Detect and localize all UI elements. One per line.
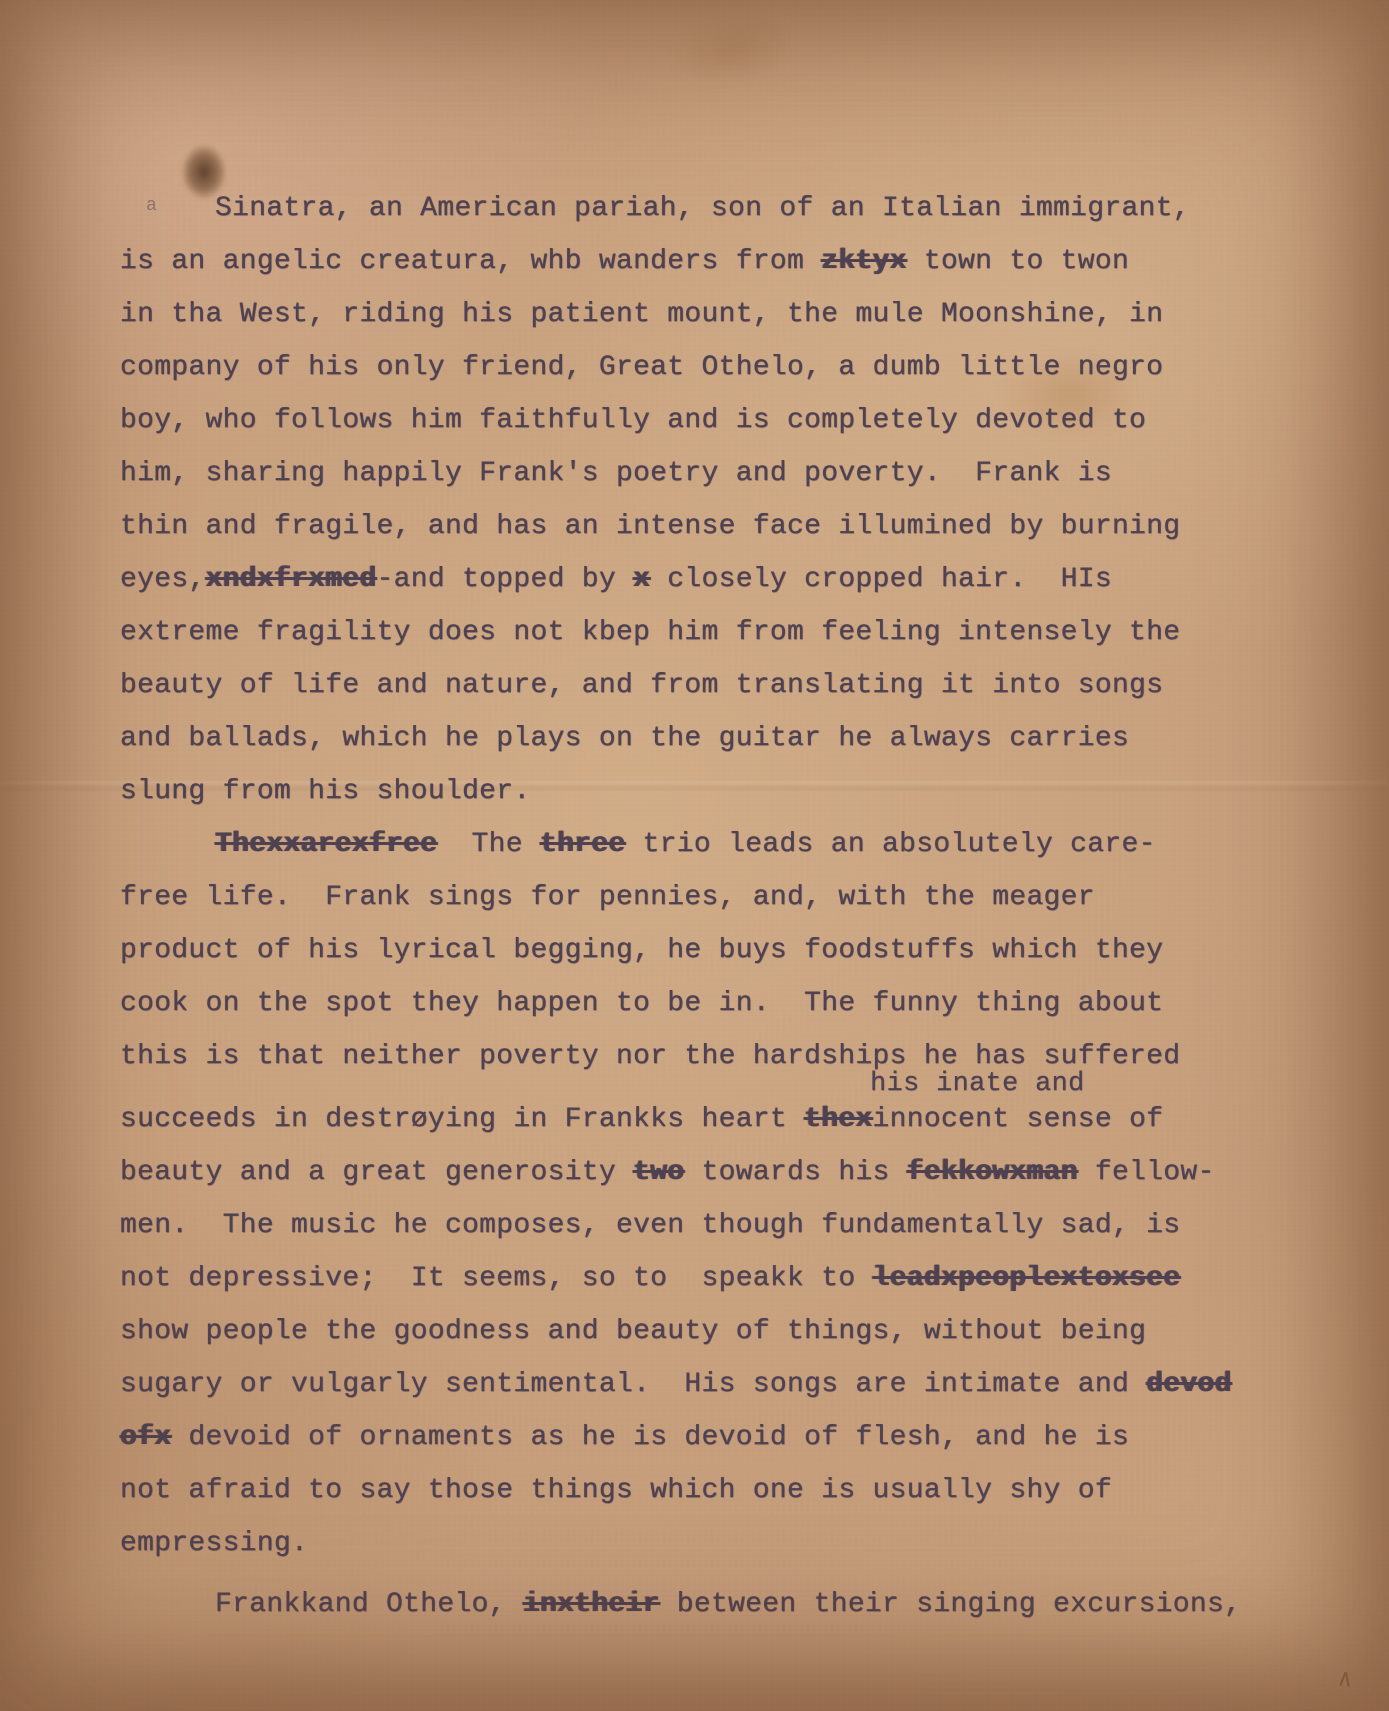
text-segment: this is that neither poverty nor the har…: [120, 1041, 1180, 1072]
struck-text: two: [633, 1157, 684, 1188]
text-line: extreme fragility does not kbep him from…: [0, 616, 1389, 669]
struck-text: thex: [804, 1104, 872, 1135]
text-segment: and ballads, which he plays on the guita…: [120, 723, 1129, 754]
text-line: men. The music he composes, even though …: [0, 1209, 1389, 1262]
struck-text: x: [633, 564, 650, 595]
text-segment: men. The music he composes, even though …: [120, 1210, 1180, 1241]
text-segment: between their singing excursions,: [660, 1589, 1242, 1620]
text-segment: -and topped by: [377, 564, 634, 595]
text-line: in tha West, riding his patient mount, t…: [0, 298, 1389, 351]
struck-text: fekkowxman: [907, 1157, 1078, 1188]
text-line: company of his only friend, Great Othelo…: [0, 351, 1389, 404]
text-segment: closely cropped hair. HIs: [650, 564, 1112, 595]
text-segment: in tha West, riding his patient mount, t…: [120, 299, 1163, 330]
text-line: and ballads, which he plays on the guita…: [0, 722, 1389, 775]
text-segment: slung from his shoulder.: [120, 776, 530, 807]
text-line: slung from his shoulder.: [0, 775, 1389, 828]
text-line: beauty and a great generosity two toward…: [0, 1156, 1389, 1209]
text-segment: town to twon: [907, 246, 1129, 277]
fingerprint-smudge: [662, 1, 804, 96]
text-segment: not afraid to say those things which one…: [120, 1475, 1112, 1506]
struck-text: inxtheir: [523, 1589, 660, 1620]
text-line: Sinatra, an American pariah, son of an I…: [0, 192, 1389, 245]
text-segment: product of his lyrical begging, he buys …: [120, 935, 1163, 966]
struck-text: xndxfrxmed: [206, 564, 377, 595]
text-segment: Frankkand Othelo,: [215, 1589, 523, 1620]
text-line: succeeds in destrøying in Frankks heart …: [0, 1103, 1389, 1156]
text-line: him, sharing happily Frank's poetry and …: [0, 457, 1389, 510]
text-line: Frankkand Othelo, inxtheir between their…: [0, 1588, 1389, 1641]
text-segment: empressing.: [120, 1528, 308, 1559]
text-segment: him, sharing happily Frank's poetry and …: [120, 458, 1112, 489]
text-segment: free life. Frank sings for pennies, and,…: [120, 882, 1095, 913]
interlinear-insertion: his inate and: [870, 1069, 1085, 1099]
text-line: show people the goodness and beauty of t…: [0, 1315, 1389, 1368]
text-line: cook on the spot they happen to be in. T…: [0, 987, 1389, 1040]
text-line: boy, who follows him faithfully and is c…: [0, 404, 1389, 457]
text-segment: beauty and a great generosity: [120, 1157, 633, 1188]
text-line: this is that neither poverty nor the har…: [0, 1040, 1389, 1093]
text-segment: devoid of ornaments as he is devoid of f…: [171, 1422, 1129, 1453]
struck-text: three: [540, 829, 626, 860]
text-line: empressing.: [0, 1527, 1389, 1580]
struck-text: leadxpeoplextoxsee: [873, 1263, 1181, 1294]
text-segment: is an angelic creatura, whb wanders from: [120, 246, 821, 277]
text-line: not afraid to say those things which one…: [0, 1474, 1389, 1527]
text-line: ofx devoid of ornaments as he is devoid …: [0, 1421, 1389, 1474]
text-segment: sugary or vulgarly sentimental. His song…: [120, 1369, 1146, 1400]
text-line: thin and fragile, and has an intense fac…: [0, 510, 1389, 563]
text-segment: not depressive; It seems, so to speakk t…: [120, 1263, 873, 1294]
text-segment: fellow-: [1078, 1157, 1215, 1188]
text-segment: trio leads an absolutely care-: [625, 829, 1155, 860]
text-line: product of his lyrical begging, he buys …: [0, 934, 1389, 987]
text-segment: company of his only friend, Great Othelo…: [120, 352, 1163, 383]
typewritten-text: Sinatra, an American pariah, son of an I…: [0, 192, 1389, 1641]
struck-text: devod: [1146, 1369, 1232, 1400]
text-segment: cook on the spot they happen to be in. T…: [120, 988, 1163, 1019]
text-segment: succeeds in destrøying in Frankks heart: [120, 1104, 804, 1135]
text-line: free life. Frank sings for pennies, and,…: [0, 881, 1389, 934]
pencil-caret-mark: ∧: [1336, 1663, 1354, 1694]
text-segment: show people the goodness and beauty of t…: [120, 1316, 1146, 1347]
struck-text: ofx: [120, 1422, 171, 1453]
text-segment: extreme fragility does not kbep him from…: [120, 617, 1180, 648]
text-line: Thexxarexfree The three trio leads an ab…: [0, 828, 1389, 881]
text-segment: towards his: [684, 1157, 906, 1188]
text-segment: Sinatra, an American pariah, son of an I…: [215, 193, 1190, 224]
struck-text: Thexxarexfree: [215, 829, 437, 860]
text-segment: innocent sense of: [873, 1104, 1164, 1135]
struck-text: zktyx: [821, 246, 907, 277]
text-line: not depressive; It seems, so to speakk t…: [0, 1262, 1389, 1315]
text-line: is an angelic creatura, whb wanders from…: [0, 245, 1389, 298]
text-line: beauty of life and nature, and from tran…: [0, 669, 1389, 722]
text-line: sugary or vulgarly sentimental. His song…: [0, 1368, 1389, 1421]
text-segment: eyes,: [120, 564, 206, 595]
text-segment: thin and fragile, and has an intense fac…: [120, 511, 1180, 542]
text-line: eyes,xndxfrxmed-and topped by x closely …: [0, 563, 1389, 616]
text-segment: beauty of life and nature, and from tran…: [120, 670, 1163, 701]
text-segment: boy, who follows him faithfully and is c…: [120, 405, 1146, 436]
text-segment: The: [437, 829, 540, 860]
